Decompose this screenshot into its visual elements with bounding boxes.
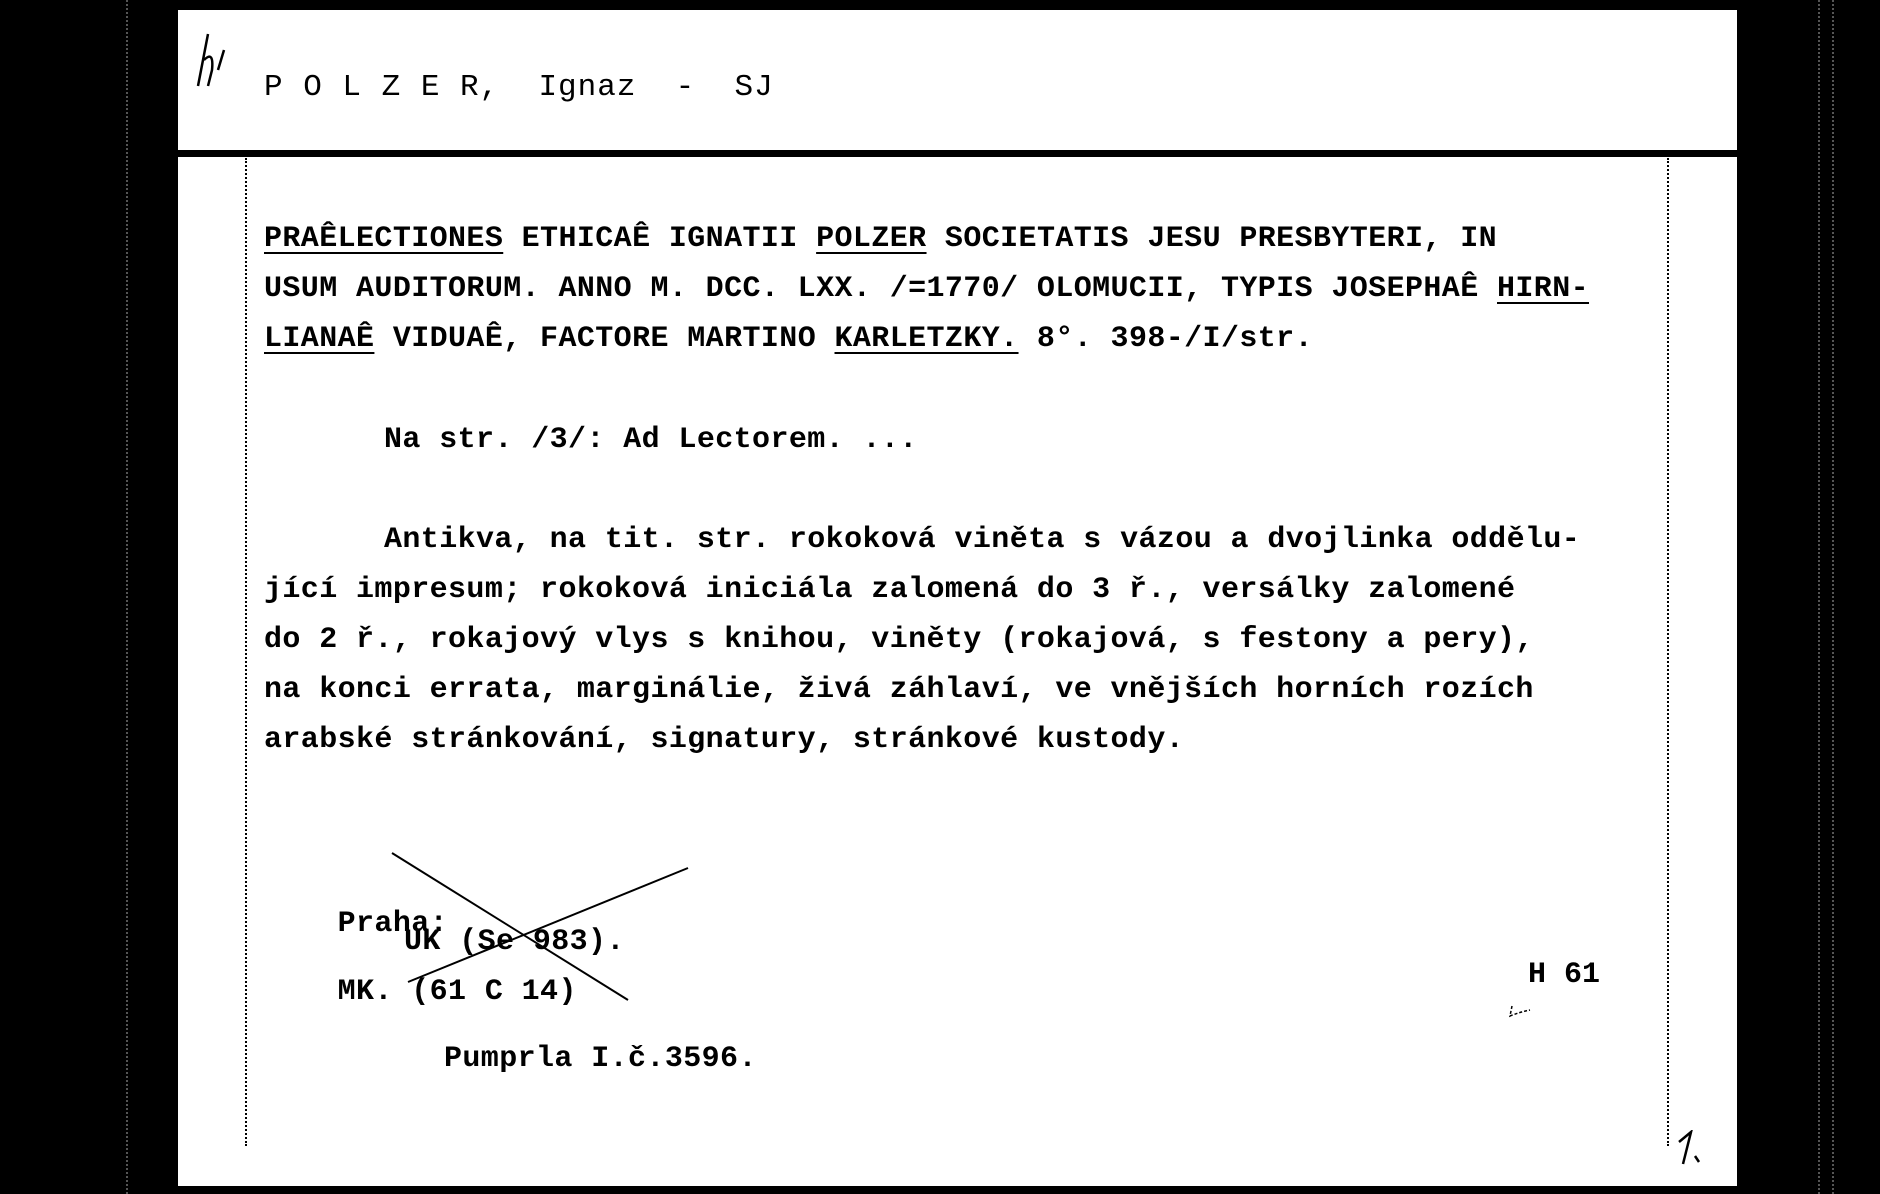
reference: Pumprla I.č.3596.: [444, 1042, 757, 1076]
title-line: USUM AUDITORUM. ANNO M. DCC. LXX. /=1770…: [264, 272, 1589, 306]
title-text: VIDUAÊ, FACTORE MARTINO: [374, 322, 834, 356]
handwritten-initials: [194, 30, 234, 90]
description-line: do 2 ř., rokajový vlys s knihou, viněty …: [264, 623, 1534, 657]
header-rule: [178, 150, 1737, 157]
description-line: na konci errata, marginálie, živá záhlav…: [264, 673, 1534, 707]
title-line: LIANAÊ VIDUAÊ, FACTORE MARTINO KARLETZKY…: [264, 322, 1313, 356]
catalog-card: P O L Z E R, Ignaz - SJ PRAÊLECTIONES ET…: [178, 10, 1737, 1186]
description-line: jící impresum; rokoková iniciála zalomen…: [264, 573, 1515, 607]
card-heading: P O L Z E R, Ignaz - SJ: [264, 70, 774, 105]
title-text: 8°. 398-/I/str.: [1019, 322, 1313, 356]
underlined-name: LIANAÊ: [264, 322, 374, 356]
scan-artifact: [126, 0, 128, 1194]
scan-artifact: [1832, 0, 1834, 1194]
title-text: USUM AUDITORUM. ANNO M. DCC. LXX. /=1770…: [264, 272, 1497, 306]
right-margin-line: [1667, 158, 1669, 1146]
left-margin-line: [245, 158, 247, 1146]
description-line: Antikva, na tit. str. rokoková viněta s …: [384, 523, 1580, 557]
title-line: PRAÊLECTIONES ETHICAÊ IGNATII POLZER SOC…: [264, 222, 1497, 256]
underlined-name: PRAÊLECTIONES: [264, 222, 503, 256]
title-text: SOCIETATIS JESU PRESBYTERI, IN: [927, 222, 1498, 256]
shelfmark: H 61: [1528, 958, 1600, 992]
underlined-name: POLZER: [816, 222, 926, 256]
underlined-name: HIRN-: [1497, 272, 1589, 306]
cross-out-mark: [388, 850, 708, 1020]
title-text: ETHICAÊ IGNATII: [503, 222, 816, 256]
underlined-name: KARLETZKY.: [835, 322, 1019, 356]
handwritten-tick: [1508, 1000, 1538, 1020]
handwritten-page-number: [1673, 1130, 1713, 1170]
description-line: arabské stránkování, signatury, stránkov…: [264, 723, 1184, 757]
note-line: Na str. /3/: Ad Lectorem. ...: [384, 423, 918, 457]
scan-artifact: [1818, 0, 1820, 1194]
